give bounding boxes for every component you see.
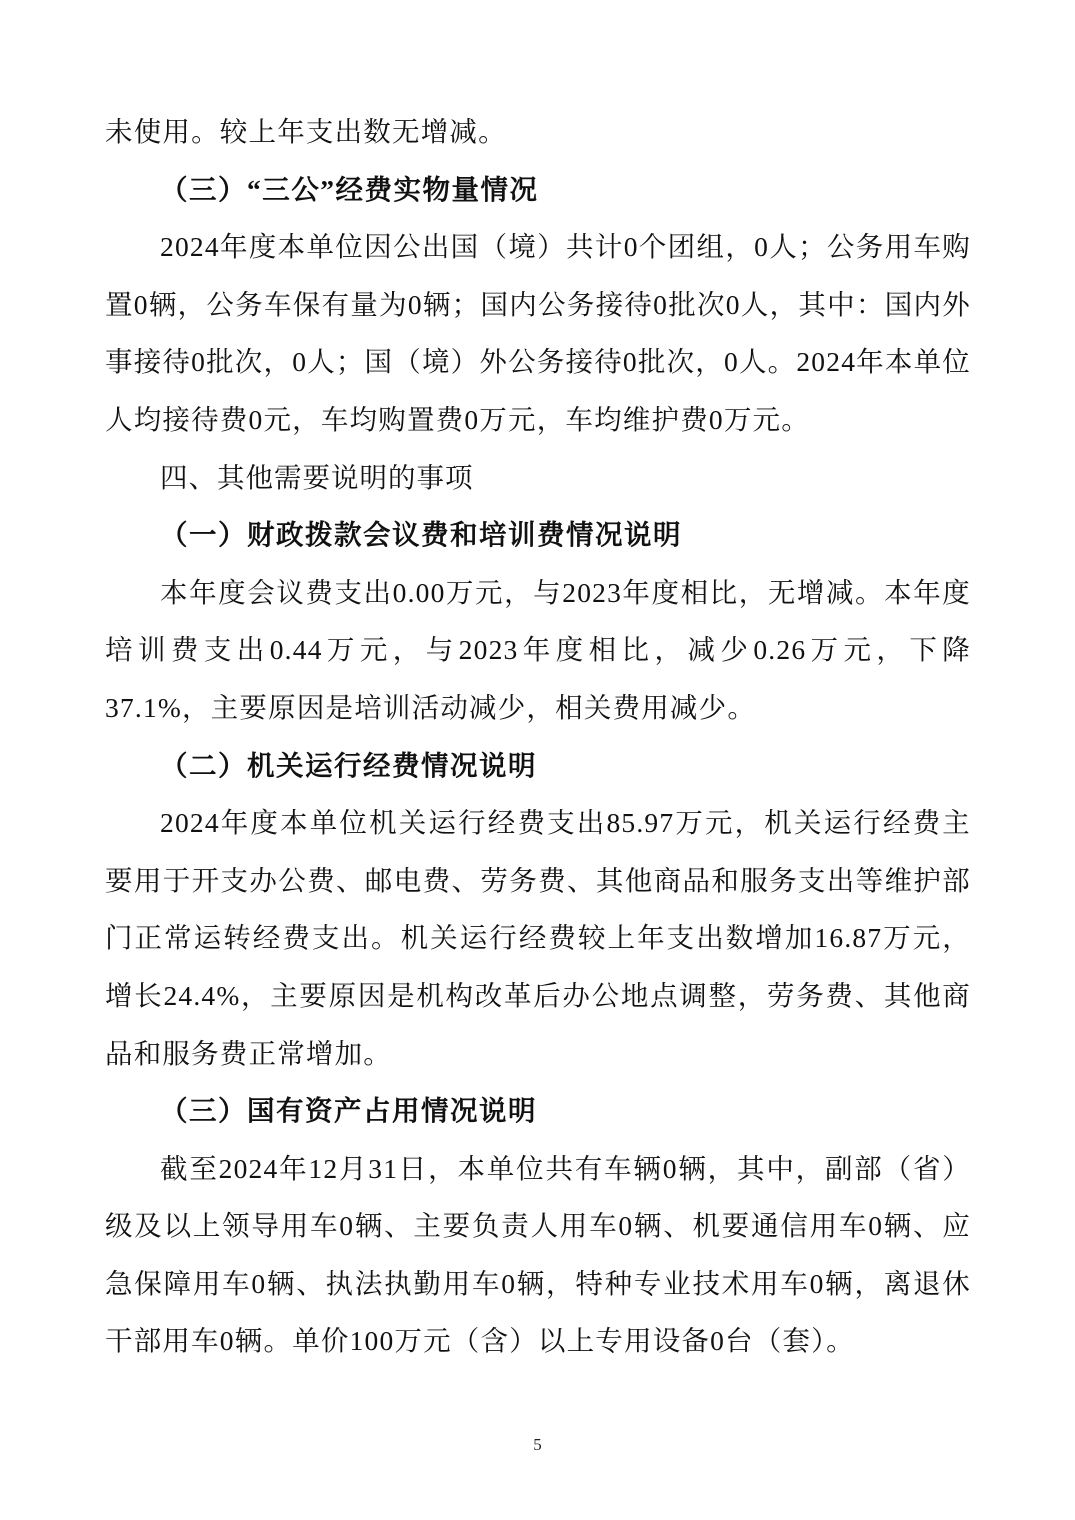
paragraph-operating-expenses: 2024年度本单位机关运行经费支出85.97万元，机关运行经费主要用于开支办公费… bbox=[105, 794, 971, 1082]
document-page: 未使用。较上年支出数无增减。 （三）“三公”经费实物量情况 2024年度本单位因… bbox=[105, 103, 971, 1370]
heading-other-matters: 四、其他需要说明的事项 bbox=[105, 449, 971, 507]
page-number: 5 bbox=[0, 1435, 1075, 1455]
heading-three-public-expenses-quantity: （三）“三公”经费实物量情况 bbox=[105, 161, 971, 219]
continuation-paragraph: 未使用。较上年支出数无增减。 bbox=[105, 103, 971, 161]
heading-meeting-training-fees: （一）财政拨款会议费和培训费情况说明 bbox=[105, 506, 971, 564]
paragraph-state-assets: 截至2024年12月31日，本单位共有车辆0辆，其中，副部（省）级及以上领导用车… bbox=[105, 1140, 971, 1370]
paragraph-three-public-expenses-quantity: 2024年度本单位因公出国（境）共计0个团组，0人；公务用车购置0辆，公务车保有… bbox=[105, 218, 971, 448]
paragraph-meeting-training-fees: 本年度会议费支出0.00万元，与2023年度相比，无增减。本年度培训费支出0.4… bbox=[105, 564, 971, 737]
heading-operating-expenses: （二）机关运行经费情况说明 bbox=[105, 737, 971, 795]
heading-state-assets: （三）国有资产占用情况说明 bbox=[105, 1082, 971, 1140]
